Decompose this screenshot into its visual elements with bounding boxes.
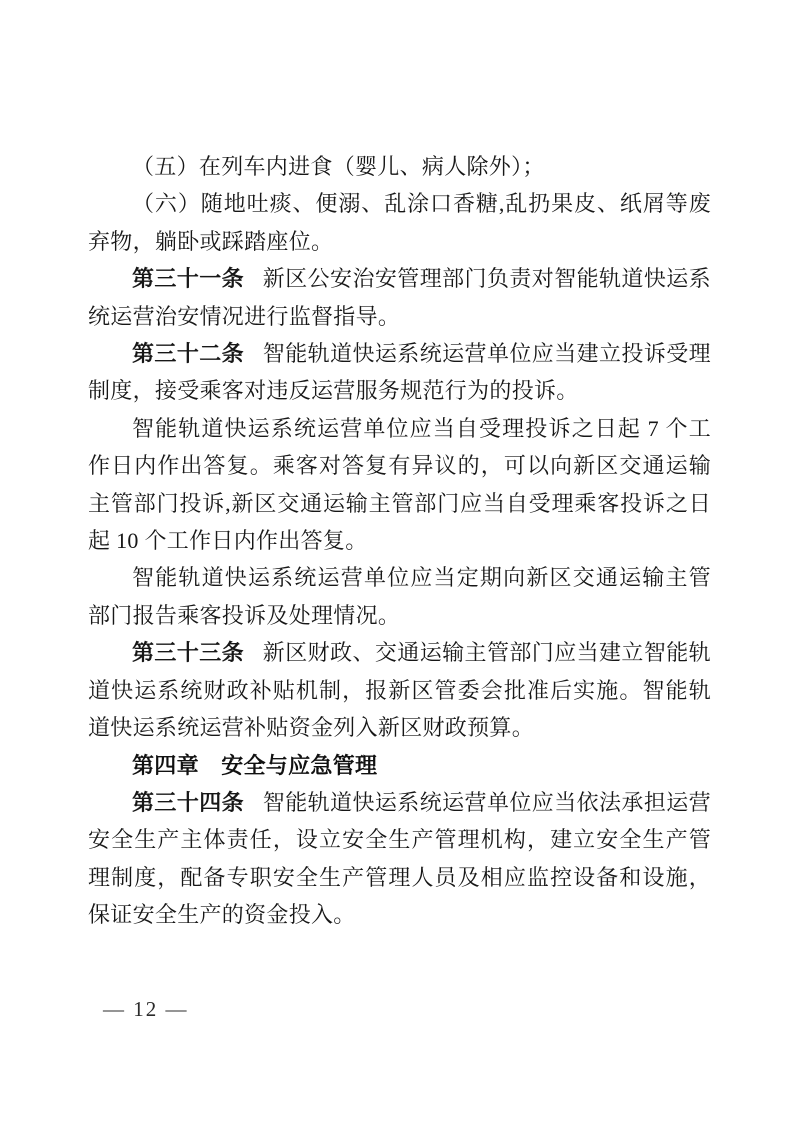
paragraph-article-34: 第三十四条智能轨道快运系统运营单位应当依法承担运营安全生产主体责任，设立安全生产… <box>88 784 711 934</box>
article-number: 第三十四条 <box>132 790 244 815</box>
paragraph-article-32: 第三十二条智能轨道快运系统运营单位应当建立投诉受理制度，接受乘客对违反运营服务规… <box>88 335 711 410</box>
paragraph-text: 智能轨道快运系统运营单位应当定期向新区交通运输主管部门报告乘客投诉及处理情况。 <box>88 565 711 627</box>
paragraph-article-33: 第三十三条新区财政、交通运输主管部门应当建立智能轨道快运系统财政补贴机制，报新区… <box>88 634 711 746</box>
paragraph-text: （五）在列车内进食（婴儿、病人除外）； <box>132 154 545 179</box>
article-number: 第三十二条 <box>132 341 244 366</box>
document-body: （五）在列车内进食（婴儿、病人除外）； （六）随地吐痰、便溺、乱涂口香糖,乱扔果… <box>88 148 711 934</box>
chapter-heading: 第四章 安全与应急管理 <box>88 747 711 784</box>
page-number: — 12 — <box>103 997 189 1022</box>
article-number: 第三十三条 <box>132 640 244 665</box>
document-page: （五）在列车内进食（婴儿、病人除外）； （六）随地吐痰、便溺、乱涂口香糖,乱扔果… <box>0 0 795 1123</box>
paragraph-item-6: （六）随地吐痰、便溺、乱涂口香糖,乱扔果皮、纸屑等废弃物，躺卧或踩踏座位。 <box>88 185 711 260</box>
paragraph-text: （六）随地吐痰、便溺、乱涂口香糖,乱扔果皮、纸屑等废弃物，躺卧或踩踏座位。 <box>88 191 711 253</box>
paragraph-article-31: 第三十一条新区公安治安管理部门负责对智能轨道快运系统运营治安情况进行监督指导。 <box>88 260 711 335</box>
paragraph-item-5: （五）在列车内进食（婴儿、病人除外）； <box>88 148 711 185</box>
paragraph-article-32-clause-2: 智能轨道快运系统运营单位应当自受理投诉之日起 7 个工作日内作出答复。乘客对答复… <box>88 410 711 560</box>
article-number: 第三十一条 <box>132 266 244 291</box>
paragraph-article-32-clause-3: 智能轨道快运系统运营单位应当定期向新区交通运输主管部门报告乘客投诉及处理情况。 <box>88 559 711 634</box>
paragraph-text: 智能轨道快运系统运营单位应当自受理投诉之日起 7 个工作日内作出答复。乘客对答复… <box>88 416 711 553</box>
